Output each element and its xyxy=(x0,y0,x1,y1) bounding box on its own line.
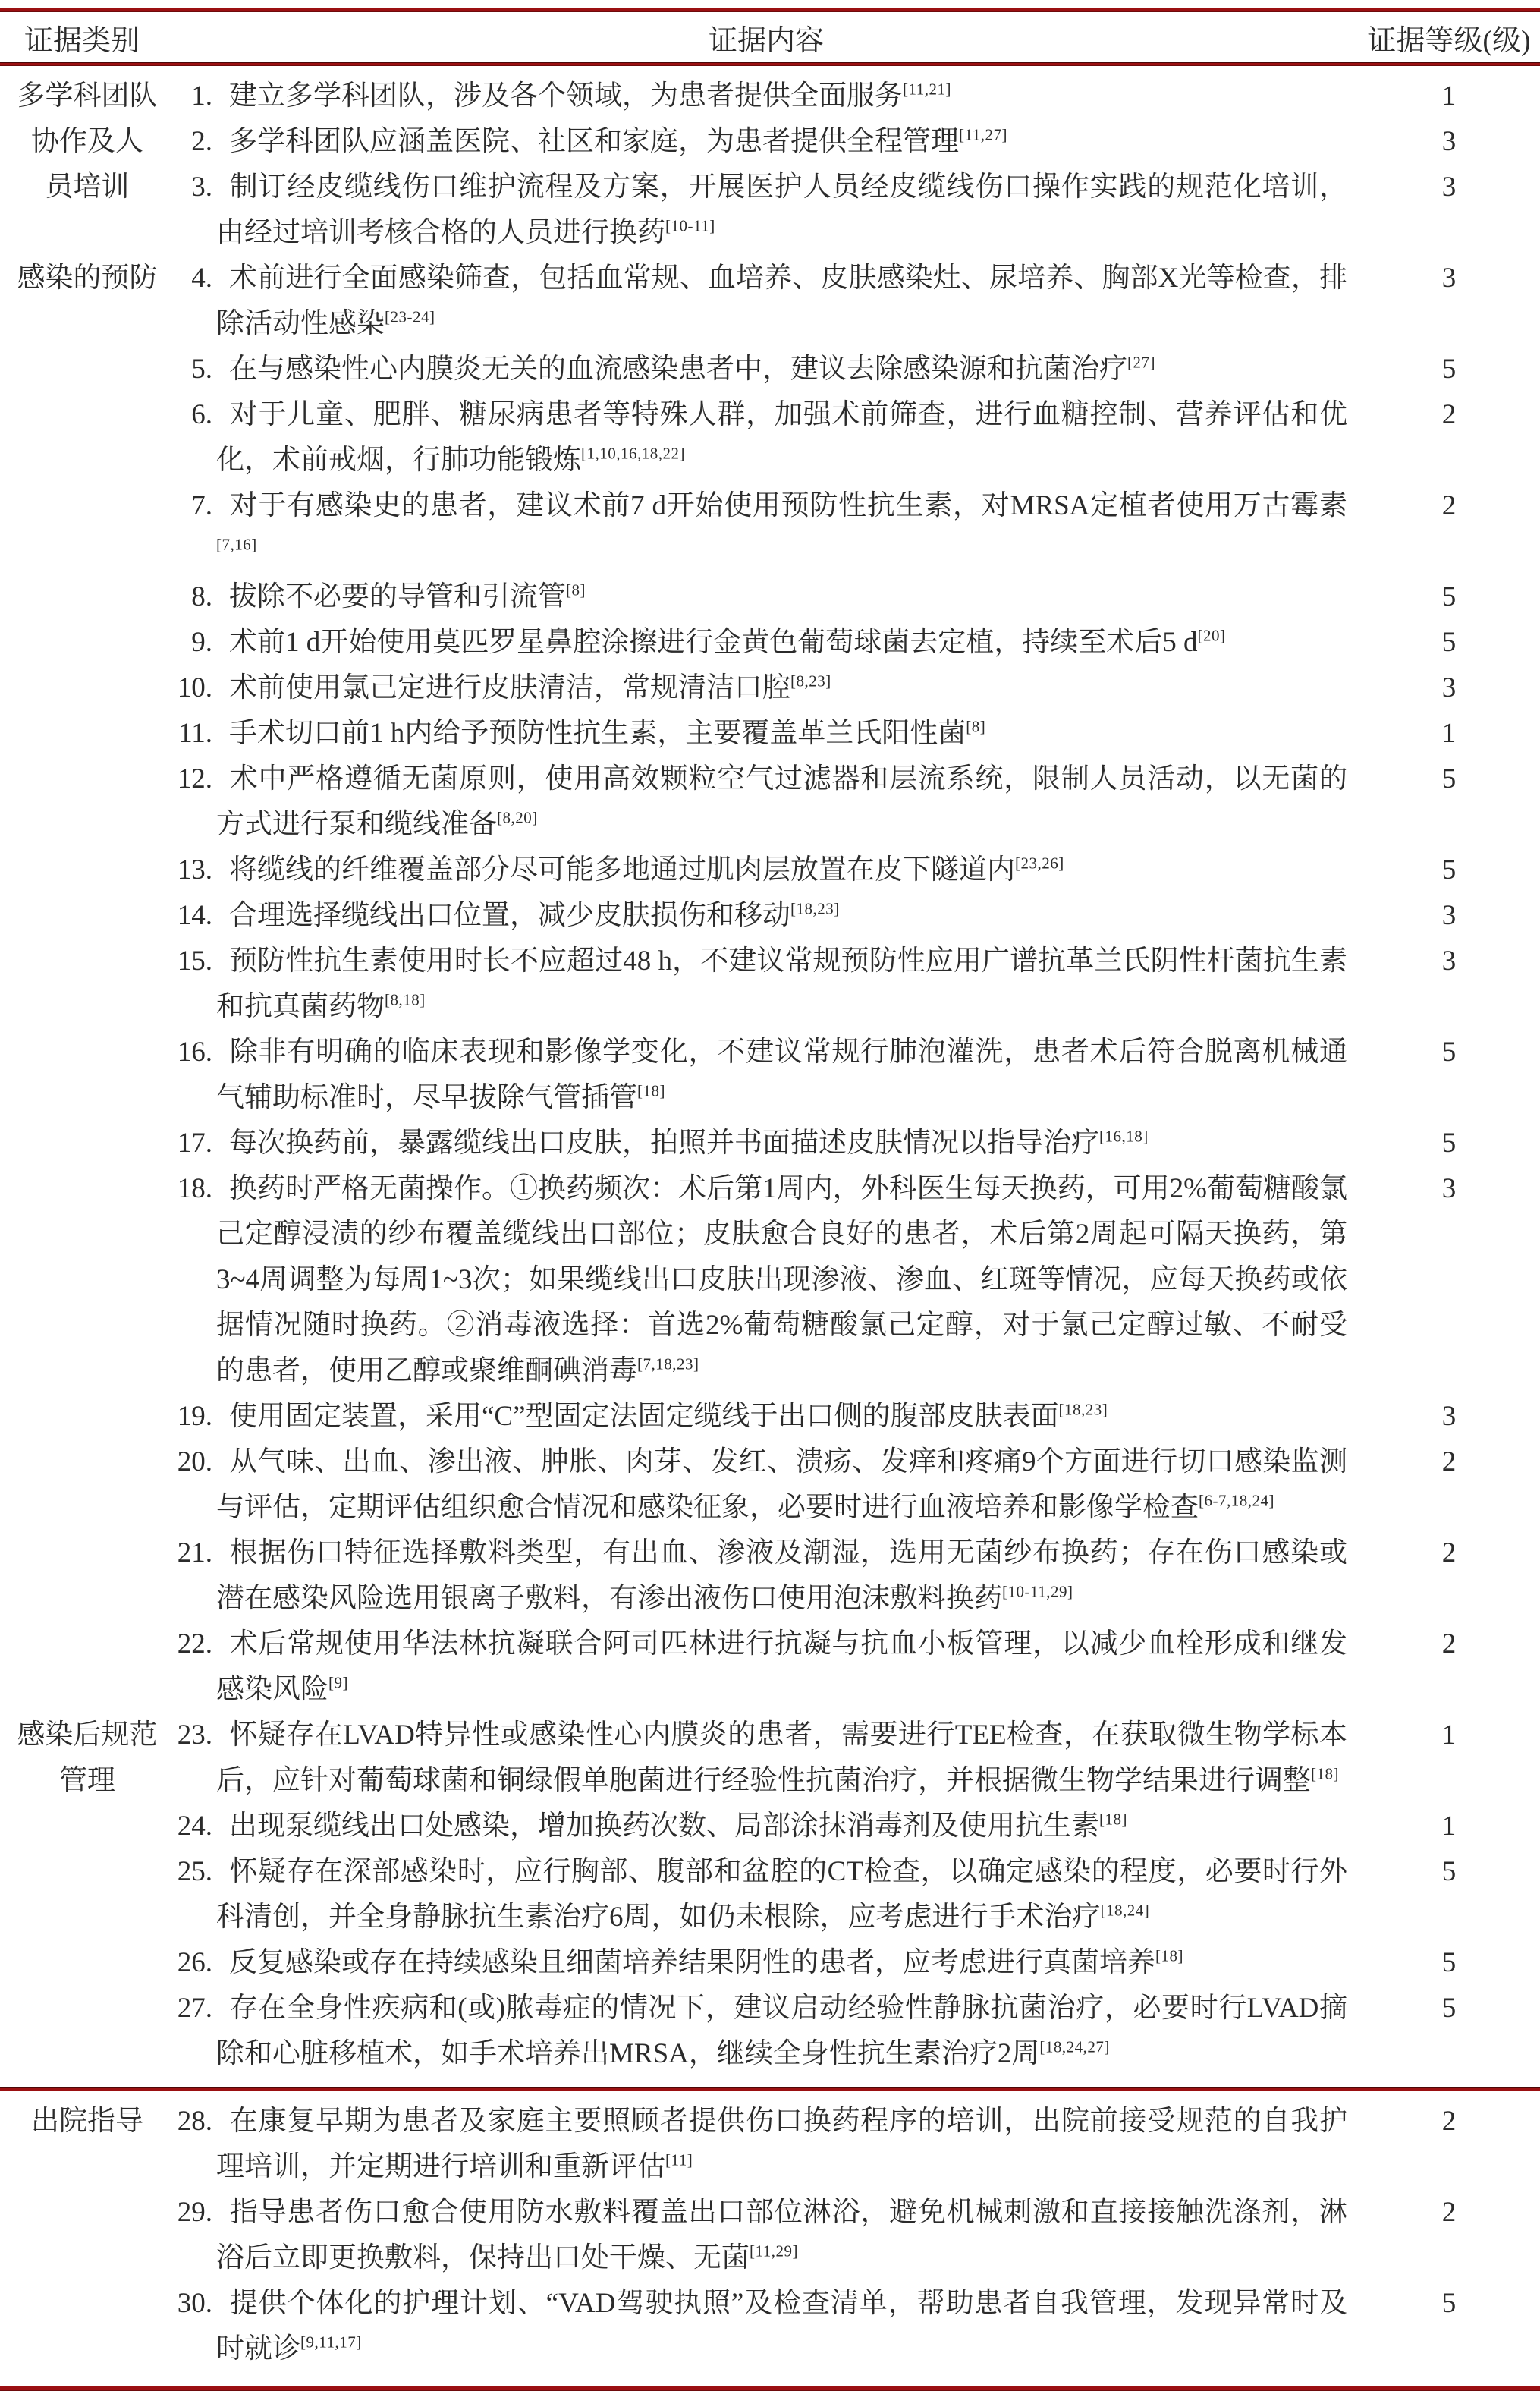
evidence-content-cell: 25.怀疑存在深部感染时，应行胸部、腹部和盆腔的CT检查，以确定感染的程度，必要… xyxy=(174,1849,1358,1940)
item-text: 从气味、出血、渗出液、肿胀、肉芽、发红、溃疡、发痒和疼痛9个方面进行切口感染监测… xyxy=(216,1446,1347,1523)
evidence-content-cell: 24.出现泵缆线出口处感染，增加换药次数、局部涂抹消毒剂及使用抗生素[18] xyxy=(174,1804,1358,1849)
evidence-content-cell: 27.存在全身性疾病和(或)脓毒症的情况下，建议启动经验性静脉抗菌治疗，必要时行… xyxy=(174,1986,1358,2077)
item-number: 14. xyxy=(174,893,212,939)
item-number: 5. xyxy=(174,347,212,392)
item-number: 25. xyxy=(174,1849,212,1895)
category-cell xyxy=(0,893,174,939)
evidence-content-cell: 19.使用固定装置，采用“C”型固定法固定缆线于出口侧的腹部皮肤表面[18,23… xyxy=(174,1394,1358,1439)
evidence-level-cell: 3 xyxy=(1358,165,1540,256)
item-number: 27. xyxy=(174,1986,212,2031)
item-text: 使用固定装置，采用“C”型固定法固定缆线于出口侧的腹部皮肤表面 xyxy=(229,1401,1059,1432)
evidence-content-cell: 16.除非有明确的临床表现和影像学变化，不建议常规行肺泡灌洗，患者术后符合脱离机… xyxy=(174,1030,1358,1121)
table-row: 30.提供个体化的护理计划、“VAD驾驶执照”及检查清单，帮助患者自我管理，发现… xyxy=(0,2281,1540,2372)
item-reference: [23-24] xyxy=(385,308,435,326)
item-reference: [7,16] xyxy=(216,536,257,554)
category-cell xyxy=(0,1166,174,1394)
item-reference: [7,18,23] xyxy=(637,1355,699,1373)
evidence-level-cell: 3 xyxy=(1358,1166,1540,1394)
item-reference: [11,27] xyxy=(959,126,1007,144)
category-cell: 感染后规范管理 xyxy=(0,1713,174,1804)
category-cell xyxy=(0,665,174,711)
category-cell xyxy=(0,620,174,665)
header-content: 证据内容 xyxy=(174,17,1358,58)
item-number: 18. xyxy=(174,1166,212,1212)
category-cell: 多学科团队 xyxy=(0,74,174,119)
category-cell xyxy=(0,1439,174,1531)
evidence-table: 证据类别 证据内容 证据等级(级) 多学科团队1.建立多学科团队，涉及各个领域，… xyxy=(0,8,1540,2391)
table-row: 8.拔除不必要的导管和引流管[8]5 xyxy=(0,574,1540,620)
item-reference: [18,23] xyxy=(790,900,840,918)
item-reference: [18] xyxy=(1311,1765,1339,1783)
category-label-line: 协作及人 xyxy=(0,119,174,165)
category-cell: 感染的预防 xyxy=(0,256,174,347)
category-cell xyxy=(0,848,174,893)
evidence-level-cell: 1 xyxy=(1358,74,1540,119)
evidence-level-cell: 3 xyxy=(1358,119,1540,165)
item-text: 在与感染性心内膜炎无关的血流感染患者中，建议去除感染源和抗菌治疗 xyxy=(229,354,1127,385)
item-number: 13. xyxy=(174,848,212,893)
evidence-content-cell: 28.在康复早期为患者及家庭主要照顾者提供伤口换药程序的培训，出院前接受规范的自… xyxy=(174,2099,1358,2190)
item-reference: [9] xyxy=(328,1674,348,1692)
evidence-level-cell: 5 xyxy=(1358,620,1540,665)
table-bottom-rule xyxy=(0,2386,1540,2391)
item-reference: [8,18] xyxy=(385,991,426,1009)
evidence-level-cell: 1 xyxy=(1358,1713,1540,1804)
item-text: 制订经皮缆线伤口维护流程及方案，开展医护人员经皮缆线伤口操作实践的规范化培训，由… xyxy=(216,171,1347,248)
item-text: 存在全身性疾病和(或)脓毒症的情况下，建议启动经验性静脉抗菌治疗，必要时行LVA… xyxy=(216,1993,1347,2069)
table-row: 20.从气味、出血、渗出液、肿胀、肉芽、发红、溃疡、发痒和疼痛9个方面进行切口感… xyxy=(0,1439,1540,1531)
category-cell xyxy=(0,2281,174,2372)
evidence-content-cell: 4.术前进行全面感染筛查，包括血常规、血培养、皮肤感染灶、尿培养、胸部X光等检查… xyxy=(174,256,1358,347)
category-label-line: 感染的预防 xyxy=(0,256,174,301)
item-number: 3. xyxy=(174,165,212,210)
category-cell xyxy=(0,1804,174,1849)
item-text: 提供个体化的护理计划、“VAD驾驶执照”及检查清单，帮助患者自我管理，发现异常时… xyxy=(216,2288,1347,2364)
table-row: 27.存在全身性疾病和(或)脓毒症的情况下，建议启动经验性静脉抗菌治疗，必要时行… xyxy=(0,1986,1540,2077)
item-reference: [9,11,17] xyxy=(300,2333,362,2352)
item-reference: [27] xyxy=(1127,354,1155,372)
evidence-content-cell: 5.在与感染性心内膜炎无关的血流感染患者中，建议去除感染源和抗菌治疗[27] xyxy=(174,347,1358,392)
item-text: 在康复早期为患者及家庭主要照顾者提供伤口换药程序的培训，出院前接受规范的自我护理… xyxy=(216,2106,1347,2182)
table-row: 6.对于儿童、肥胖、糖尿病患者等特殊人群，加强术前筛查，进行血糖控制、营养评估和… xyxy=(0,392,1540,483)
table-row: 26.反复感染或存在持续感染且细菌培养结果阴性的患者，应考虑进行真菌培养[18]… xyxy=(0,1940,1540,1986)
evidence-level-cell: 3 xyxy=(1358,939,1540,1030)
evidence-level-cell: 3 xyxy=(1358,256,1540,347)
item-reference: [18] xyxy=(637,1082,665,1100)
category-cell xyxy=(0,1940,174,1986)
item-reference: [8] xyxy=(566,581,586,599)
table-row: 12.术中严格遵循无菌原则，使用高效颗粒空气过滤器和层流系统，限制人员活动，以无… xyxy=(0,757,1540,848)
item-text: 术前1 d开始使用莫匹罗星鼻腔涂擦进行金黄色葡萄球菌去定植，持续至术后5 d xyxy=(229,627,1198,658)
item-text: 术前使用氯己定进行皮肤清洁，常规清洁口腔 xyxy=(229,672,790,703)
item-number: 17. xyxy=(174,1121,212,1166)
item-reference: [1,10,16,18,22] xyxy=(581,445,685,463)
item-number: 16. xyxy=(174,1030,212,1075)
evidence-content-cell: 7.对于有感染史的患者，建议术前7 d开始使用预防性抗生素，对MRSA定植者使用… xyxy=(174,483,1358,574)
evidence-content-cell: 22.术后常规使用华法林抗凝联合阿司匹林进行抗凝与抗血小板管理，以减少血栓形成和… xyxy=(174,1622,1358,1713)
table-row: 员培训3.制订经皮缆线伤口维护流程及方案，开展医护人员经皮缆线伤口操作实践的规范… xyxy=(0,165,1540,256)
evidence-content-cell: 1.建立多学科团队，涉及各个领域，为患者提供全面服务[11,21] xyxy=(174,74,1358,119)
item-text: 根据伤口特征选择敷料类型，有出血、渗液及潮湿，选用无菌纱布换药；存在伤口感染或潜… xyxy=(216,1537,1347,1614)
table-row: 17.每次换药前，暴露缆线出口皮肤，拍照并书面描述皮肤情况以指导治疗[16,18… xyxy=(0,1121,1540,1166)
category-cell: 协作及人 xyxy=(0,119,174,165)
item-number: 19. xyxy=(174,1394,212,1439)
evidence-level-cell: 3 xyxy=(1358,665,1540,711)
category-label-line: 感染后规范 xyxy=(0,1713,174,1758)
item-text: 预防性抗生素使用时长不应超过48 h，不建议常规预防性应用广谱抗革兰氏阴性杆菌抗… xyxy=(216,945,1347,1022)
table-row: 15.预防性抗生素使用时长不应超过48 h，不建议常规预防性应用广谱抗革兰氏阴性… xyxy=(0,939,1540,1030)
item-number: 15. xyxy=(174,939,212,984)
evidence-content-cell: 18.换药时严格无菌操作。①换药频次：术后第1周内，外科医生每天换药，可用2%葡… xyxy=(174,1166,1358,1394)
evidence-level-cell: 2 xyxy=(1358,1622,1540,1713)
item-number: 26. xyxy=(174,1940,212,1986)
category-cell xyxy=(0,1121,174,1166)
evidence-content-cell: 2.多学科团队应涵盖医院、社区和家庭，为患者提供全程管理[11,27] xyxy=(174,119,1358,165)
item-number: 20. xyxy=(174,1439,212,1485)
item-text: 对于儿童、肥胖、糖尿病患者等特殊人群，加强术前筛查，进行血糖控制、营养评估和优化… xyxy=(216,399,1347,476)
item-text: 将缆线的纤维覆盖部分尽可能多地通过肌肉层放置在皮下隧道内 xyxy=(229,854,1015,886)
category-label-line: 多学科团队 xyxy=(0,74,174,119)
item-reference: [16,18] xyxy=(1099,1128,1149,1146)
evidence-content-cell: 6.对于儿童、肥胖、糖尿病患者等特殊人群，加强术前筛查，进行血糖控制、营养评估和… xyxy=(174,392,1358,483)
evidence-level-cell: 3 xyxy=(1358,1394,1540,1439)
evidence-content-cell: 26.反复感染或存在持续感染且细菌培养结果阴性的患者，应考虑进行真菌培养[18] xyxy=(174,1940,1358,1986)
table-row: 13.将缆线的纤维覆盖部分尽可能多地通过肌肉层放置在皮下隧道内[23,26]5 xyxy=(0,848,1540,893)
item-text: 换药时严格无菌操作。①换药频次：术后第1周内，外科医生每天换药，可用2%葡萄糖酸… xyxy=(216,1173,1347,1386)
header-category: 证据类别 xyxy=(0,17,174,58)
evidence-level-cell: 1 xyxy=(1358,1804,1540,1849)
item-number: 28. xyxy=(174,2099,212,2144)
category-label-line: 管理 xyxy=(0,1758,174,1804)
category-cell xyxy=(0,483,174,574)
evidence-level-cell: 2 xyxy=(1358,2099,1540,2190)
table-row: 22.术后常规使用华法林抗凝联合阿司匹林进行抗凝与抗血小板管理，以减少血栓形成和… xyxy=(0,1622,1540,1713)
table-row: 14.合理选择缆线出口位置，减少皮肤损伤和移动[18,23]3 xyxy=(0,893,1540,939)
evidence-content-cell: 10.术前使用氯己定进行皮肤清洁，常规清洁口腔[8,23] xyxy=(174,665,1358,711)
item-text: 怀疑存在深部感染时，应行胸部、腹部和盆腔的CT检查，以确定感染的程度，必要时行外… xyxy=(216,1856,1347,1933)
evidence-level-cell: 2 xyxy=(1358,392,1540,483)
item-text: 术中严格遵循无菌原则，使用高效颗粒空气过滤器和层流系统，限制人员活动，以无菌的方… xyxy=(216,763,1347,840)
item-text: 术后常规使用华法林抗凝联合阿司匹林进行抗凝与抗血小板管理，以减少血栓形成和继发感… xyxy=(216,1628,1347,1705)
evidence-level-cell: 5 xyxy=(1358,347,1540,392)
item-number: 11. xyxy=(174,711,212,757)
table-row: 出院指导28.在康复早期为患者及家庭主要照顾者提供伤口换药程序的培训，出院前接受… xyxy=(0,2099,1540,2190)
evidence-content-cell: 17.每次换药前，暴露缆线出口皮肤，拍照并书面描述皮肤情况以指导治疗[16,18… xyxy=(174,1121,1358,1166)
item-reference: [18,24] xyxy=(1101,1902,1150,1920)
item-reference: [23,26] xyxy=(1015,854,1064,873)
category-label-line: 员培训 xyxy=(0,165,174,210)
evidence-level-cell: 5 xyxy=(1358,848,1540,893)
item-text: 指导患者伤口愈合使用防水敷料覆盖出口部位淋浴，避免机械刺激和直接接触洗涤剂，淋浴… xyxy=(216,2197,1347,2273)
category-label-line: 出院指导 xyxy=(0,2099,174,2144)
item-reference: [18,24,27] xyxy=(1039,2038,1110,2056)
item-text: 出现泵缆线出口处感染，增加换药次数、局部涂抹消毒剂及使用抗生素 xyxy=(229,1811,1099,1842)
table-row: 29.指导患者伤口愈合使用防水敷料覆盖出口部位淋浴，避免机械刺激和直接接触洗涤剂… xyxy=(0,2190,1540,2281)
category-cell xyxy=(0,1531,174,1622)
item-text: 手术切口前1 h内给予预防性抗生素，主要覆盖革兰氏阳性菌 xyxy=(229,718,966,749)
category-cell xyxy=(0,347,174,392)
evidence-level-cell: 5 xyxy=(1358,574,1540,620)
table-row: 19.使用固定装置，采用“C”型固定法固定缆线于出口侧的腹部皮肤表面[18,23… xyxy=(0,1394,1540,1439)
item-reference: [18] xyxy=(1099,1811,1127,1829)
table-row: 18.换药时严格无菌操作。①换药频次：术后第1周内，外科医生每天换药，可用2%葡… xyxy=(0,1166,1540,1394)
section-divider-rule xyxy=(0,2087,1540,2091)
item-text: 拔除不必要的导管和引流管 xyxy=(229,581,566,612)
item-reference: [11,29] xyxy=(750,2242,798,2260)
item-reference: [8,23] xyxy=(790,672,831,691)
evidence-content-cell: 14.合理选择缆线出口位置，减少皮肤损伤和移动[18,23] xyxy=(174,893,1358,939)
item-number: 9. xyxy=(174,620,212,665)
evidence-level-cell: 5 xyxy=(1358,757,1540,848)
category-cell xyxy=(0,1622,174,1713)
category-cell xyxy=(0,1030,174,1121)
category-cell xyxy=(0,1986,174,2077)
category-cell xyxy=(0,711,174,757)
item-reference: [8] xyxy=(966,718,985,736)
evidence-content-cell: 20.从气味、出血、渗出液、肿胀、肉芽、发红、溃疡、发痒和疼痛9个方面进行切口感… xyxy=(174,1439,1358,1531)
item-number: 29. xyxy=(174,2190,212,2235)
category-cell xyxy=(0,392,174,483)
item-number: 12. xyxy=(174,757,212,802)
table-row: 16.除非有明确的临床表现和影像学变化，不建议常规行肺泡灌洗，患者术后符合脱离机… xyxy=(0,1030,1540,1121)
category-cell: 出院指导 xyxy=(0,2099,174,2190)
evidence-level-cell: 5 xyxy=(1358,1849,1540,1940)
table-header: 证据类别 证据内容 证据等级(级) xyxy=(0,12,1540,62)
item-text: 多学科团队应涵盖医院、社区和家庭，为患者提供全程管理 xyxy=(229,126,959,157)
evidence-level-cell: 2 xyxy=(1358,1439,1540,1531)
item-text: 怀疑存在LVAD特异性或感染性心内膜炎的患者，需要进行TEE检查，在获取微生物学… xyxy=(216,1719,1347,1796)
item-number: 8. xyxy=(174,574,212,620)
item-text: 合理选择缆线出口位置，减少皮肤损伤和移动 xyxy=(229,900,790,931)
item-number: 23. xyxy=(174,1713,212,1758)
header-level: 证据等级(级) xyxy=(1358,17,1540,58)
table-row: 9.术前1 d开始使用莫匹罗星鼻腔涂擦进行金黄色葡萄球菌去定植，持续至术后5 d… xyxy=(0,620,1540,665)
evidence-content-cell: 13.将缆线的纤维覆盖部分尽可能多地通过肌肉层放置在皮下隧道内[23,26] xyxy=(174,848,1358,893)
item-number: 21. xyxy=(174,1531,212,1576)
table-row: 21.根据伤口特征选择敷料类型，有出血、渗液及潮湿，选用无菌纱布换药；存在伤口感… xyxy=(0,1531,1540,1622)
item-number: 30. xyxy=(174,2281,212,2327)
table-row: 24.出现泵缆线出口处感染，增加换药次数、局部涂抹消毒剂及使用抗生素[18]1 xyxy=(0,1804,1540,1849)
item-number: 24. xyxy=(174,1804,212,1849)
item-reference: [11,21] xyxy=(903,80,951,99)
evidence-level-cell: 3 xyxy=(1358,893,1540,939)
evidence-level-cell: 1 xyxy=(1358,711,1540,757)
table-row: 25.怀疑存在深部感染时，应行胸部、腹部和盆腔的CT检查，以确定感染的程度，必要… xyxy=(0,1849,1540,1940)
category-cell xyxy=(0,2190,174,2281)
item-number: 10. xyxy=(174,665,212,711)
item-reference: [18,23] xyxy=(1059,1401,1108,1419)
category-cell: 员培训 xyxy=(0,165,174,256)
evidence-level-cell: 5 xyxy=(1358,2281,1540,2372)
evidence-level-cell: 5 xyxy=(1358,1030,1540,1121)
table-row: 11.手术切口前1 h内给予预防性抗生素，主要覆盖革兰氏阳性菌[8]1 xyxy=(0,711,1540,757)
table-row: 感染的预防4.术前进行全面感染筛查，包括血常规、血培养、皮肤感染灶、尿培养、胸部… xyxy=(0,256,1540,347)
evidence-level-cell: 2 xyxy=(1358,483,1540,574)
table-body: 多学科团队1.建立多学科团队，涉及各个领域，为患者提供全面服务[11,21]1协… xyxy=(0,66,1540,2372)
evidence-content-cell: 21.根据伤口特征选择敷料类型，有出血、渗液及潮湿，选用无菌纱布换药；存在伤口感… xyxy=(174,1531,1358,1622)
category-cell xyxy=(0,939,174,1030)
evidence-content-cell: 23.怀疑存在LVAD特异性或感染性心内膜炎的患者，需要进行TEE检查，在获取微… xyxy=(174,1713,1358,1804)
evidence-content-cell: 8.拔除不必要的导管和引流管[8] xyxy=(174,574,1358,620)
item-reference: [6-7,18,24] xyxy=(1199,1492,1274,1510)
item-number: 2. xyxy=(174,119,212,165)
table-row: 多学科团队1.建立多学科团队，涉及各个领域，为患者提供全面服务[11,21]1 xyxy=(0,74,1540,119)
item-text: 反复感染或存在持续感染且细菌培养结果阴性的患者，应考虑进行真菌培养 xyxy=(229,1947,1155,1978)
evidence-content-cell: 3.制订经皮缆线伤口维护流程及方案，开展医护人员经皮缆线伤口操作实践的规范化培训… xyxy=(174,165,1358,256)
item-text: 每次换药前，暴露缆线出口皮肤，拍照并书面描述皮肤情况以指导治疗 xyxy=(229,1128,1099,1159)
evidence-level-cell: 2 xyxy=(1358,1531,1540,1622)
item-text: 术前进行全面感染筛查，包括血常规、血培养、皮肤感染灶、尿培养、胸部X光等检查，排… xyxy=(216,263,1347,339)
evidence-level-cell: 5 xyxy=(1358,1940,1540,1986)
item-reference: [11] xyxy=(665,2151,693,2169)
evidence-content-cell: 11.手术切口前1 h内给予预防性抗生素，主要覆盖革兰氏阳性菌[8] xyxy=(174,711,1358,757)
evidence-content-cell: 9.术前1 d开始使用莫匹罗星鼻腔涂擦进行金黄色葡萄球菌去定植，持续至术后5 d… xyxy=(174,620,1358,665)
evidence-content-cell: 15.预防性抗生素使用时长不应超过48 h，不建议常规预防性应用广谱抗革兰氏阴性… xyxy=(174,939,1358,1030)
table-row: 5.在与感染性心内膜炎无关的血流感染患者中，建议去除感染源和抗菌治疗[27]5 xyxy=(0,347,1540,392)
evidence-level-cell: 2 xyxy=(1358,2190,1540,2281)
table-row: 10.术前使用氯己定进行皮肤清洁，常规清洁口腔[8,23]3 xyxy=(0,665,1540,711)
table-row: 感染后规范管理23.怀疑存在LVAD特异性或感染性心内膜炎的患者，需要进行TEE… xyxy=(0,1713,1540,1804)
item-text: 除非有明确的临床表现和影像学变化，不建议常规行肺泡灌洗，患者术后符合脱离机械通气… xyxy=(216,1037,1347,1113)
item-text: 建立多学科团队，涉及各个领域，为患者提供全面服务 xyxy=(229,80,903,112)
item-number: 1. xyxy=(174,74,212,119)
item-reference: [10-11,29] xyxy=(1002,1583,1073,1601)
evidence-content-cell: 12.术中严格遵循无菌原则，使用高效颗粒空气过滤器和层流系统，限制人员活动，以无… xyxy=(174,757,1358,848)
item-reference: [10-11] xyxy=(665,217,715,235)
item-reference: [8,20] xyxy=(497,809,538,827)
evidence-content-cell: 30.提供个体化的护理计划、“VAD驾驶执照”及检查清单，帮助患者自我管理，发现… xyxy=(174,2281,1358,2372)
item-text: 对于有感染史的患者，建议术前7 d开始使用预防性抗生素，对MRSA定植者使用万古… xyxy=(229,490,1347,521)
table-row: 7.对于有感染史的患者，建议术前7 d开始使用预防性抗生素，对MRSA定植者使用… xyxy=(0,483,1540,574)
item-reference: [18] xyxy=(1155,1947,1183,1965)
item-number: 22. xyxy=(174,1622,212,1667)
evidence-level-cell: 5 xyxy=(1358,1121,1540,1166)
category-cell xyxy=(0,1849,174,1940)
evidence-content-cell: 29.指导患者伤口愈合使用防水敷料覆盖出口部位淋浴，避免机械刺激和直接接触洗涤剂… xyxy=(174,2190,1358,2281)
item-number: 4. xyxy=(174,256,212,301)
item-reference: [20] xyxy=(1198,627,1226,645)
category-cell xyxy=(0,574,174,620)
category-cell xyxy=(0,1394,174,1439)
item-number: 6. xyxy=(174,392,212,438)
category-cell xyxy=(0,757,174,848)
evidence-level-cell: 5 xyxy=(1358,1986,1540,2077)
table-row: 协作及人2.多学科团队应涵盖医院、社区和家庭，为患者提供全程管理[11,27]3 xyxy=(0,119,1540,165)
item-number: 7. xyxy=(174,483,212,529)
